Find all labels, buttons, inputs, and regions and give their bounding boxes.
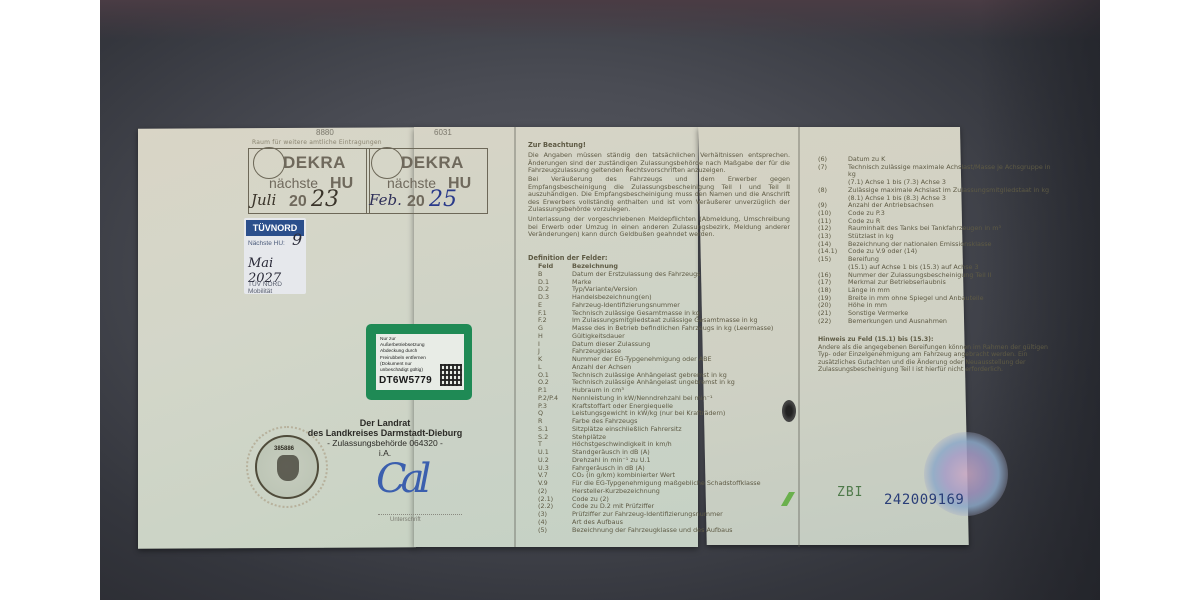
definition-row: (7)Technisch zulässige maximale Achslast… [818,164,1054,179]
dekra-year-print: 20 [407,193,425,211]
fold-line [798,127,800,547]
signature-line [378,514,462,515]
seal-number: 385886 [274,446,294,452]
definitions-list: Feld Bezeichnung BDatum der Erstzulassun… [538,263,773,534]
sticker-note: Nur zur Außerbetriebsetzung Abdeckung du… [380,337,434,374]
stamp-number: 6031 [434,128,452,137]
hesse-lion-icon [277,455,299,481]
green-sticker: Nur zur Außerbetriebsetzung Abdeckung du… [366,324,472,400]
notice-heading: Zur Beachtung! [528,141,586,149]
tuv-handwritten-day: 9 [292,230,302,249]
fold-line [514,127,516,547]
hint-text: Andere als die angegebenen Bereifungen k… [818,344,1048,374]
signature: Cal [376,456,425,502]
authority-line3: - Zulassungsbehörde 064320 - [300,438,470,448]
dekra-stamp: DEKRA nächsteHU 20 Feb. 25 [366,148,488,214]
dekra-handwritten-month: Feb. [369,191,402,209]
notice-paragraph: Bei Veräußerung des Fahrzeugs und dem Er… [528,176,790,214]
dekra-year-print: 20 [289,193,307,211]
dekra-stamp: DEKRA nächsteHU 20 Juli 23 [248,148,370,214]
definitions-title: Definition der Felder: [528,254,608,262]
signature-label: Unterschrift [390,517,421,523]
dekra-handwritten-year: 25 [429,187,457,212]
authority-line2: des Landkreises Darmstadt-Dieburg [300,428,470,438]
header-tiny: Raum für weitere amtliche Eintragungen [252,139,382,146]
series-prefix: ZBI [837,485,863,500]
definition-row: (5)Bezeichnung der Fahrzeugklasse und de… [538,527,773,535]
definition-row: (22)Bemerkungen und Ausnahmen [818,318,1054,326]
dekra-handwritten-month: Juli [251,191,276,209]
tuv-label: Nächste HU: [248,240,285,247]
authority-block: Der Landrat des Landkreises Darmstadt-Di… [300,418,470,458]
authority-line1: Der Landrat [300,418,470,428]
dekra-brand: DEKRA [283,153,346,173]
tuv-sticker: TÜVNORD Nächste HU: 9 Mai 2027 TÜV NORD … [244,218,306,294]
datamatrix-code-icon [440,364,462,386]
serial-number: 242009169 [884,492,964,508]
tuv-footer: TÜV NORD Mobilität [248,281,306,295]
tire-hint: Hinweis zu Feld (15.1) bis (15.3): Ander… [818,336,1054,374]
dekra-handwritten-year: 23 [311,187,339,212]
hint-title: Hinweis zu Feld (15.1) bis (15.3): [818,336,933,343]
sticker-code: DT6W5779 [379,375,432,386]
right-definitions-list: (6)Datum zu K(7)Technisch zulässige maxi… [818,156,1054,325]
stamp-number: 8880 [316,128,334,137]
dekra-brand: DEKRA [401,153,464,173]
security-dot-icon [782,400,796,422]
notice-paragraph: Die Angaben müssen ständig den tatsächli… [528,152,790,175]
notice-paragraph: Unterlassung der vorgeschriebenen Meldep… [528,216,790,239]
